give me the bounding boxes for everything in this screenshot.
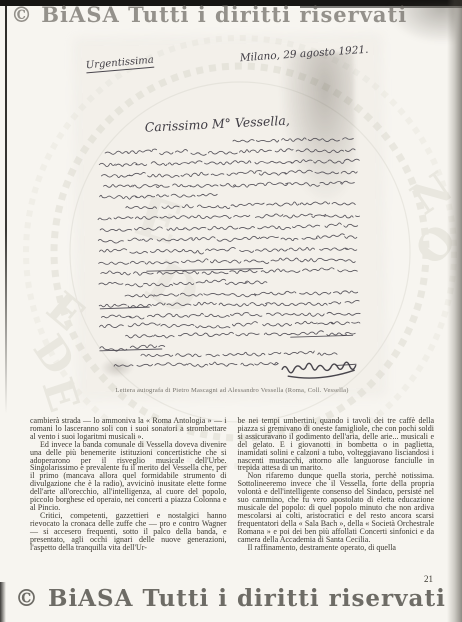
handwriting-underline	[336, 364, 356, 365]
handwriting-line	[98, 234, 357, 244]
article-paragraph: Il raffinamento, destramente operato, di…	[238, 544, 435, 552]
signature-scrawl	[282, 362, 356, 378]
article-paragraph: cambierà strada — lo ammoniva la « Roma …	[30, 417, 227, 441]
handwriting-underline	[100, 307, 149, 309]
handwriting-line	[99, 159, 359, 167]
letter-caption: Lettera autografa di Pietro Mascagni ad …	[98, 387, 366, 394]
scan-binding-shadow	[447, 0, 462, 622]
handwriting-line	[105, 146, 355, 156]
scan-gutter-line	[5, 6, 7, 414]
article-paragraph: be nei tempi umbertini, quando i tavoli …	[238, 417, 435, 472]
handwriting-line	[141, 351, 337, 358]
handwriting-line	[101, 311, 360, 320]
copyright-watermark-top: © BiASA Tutti i diritti riservati	[11, 2, 407, 27]
article-column-left: cambierà strada — lo ammoniva la « Roma …	[30, 417, 227, 551]
handwriting-line	[98, 213, 360, 222]
scanned-journal-page: E D E E D N O © BiASA Tutti i diritti ri…	[0, 0, 462, 622]
handwriting-underline	[291, 335, 353, 337]
handwriting-line	[101, 169, 357, 178]
handwritten-letter: Urgentissima Milano, 29 agosto 1921. Car…	[82, 42, 379, 392]
handwriting-line	[114, 361, 278, 368]
handwriting-line	[100, 223, 358, 233]
handwriting-underline	[147, 269, 263, 272]
handwriting-line	[104, 181, 355, 189]
article-paragraph: Ed invece la banda comunale di Vessella …	[30, 441, 227, 512]
article-paragraph: Non rifaremo dunque quella storia, perch…	[238, 472, 435, 543]
handwriting-line	[100, 193, 218, 199]
handwriting-line	[233, 137, 353, 143]
article-text-block: cambierà strada — lo ammoniva la « Roma …	[30, 417, 434, 551]
scan-left-blotch	[0, 582, 6, 622]
page-number: 21	[424, 574, 433, 584]
handwriting-body	[82, 42, 379, 392]
handwriting-line	[126, 201, 355, 210]
copyright-watermark-bottom: © BiASA Tutti i diritti riservati	[15, 585, 446, 612]
handwriting-line	[99, 245, 356, 255]
handwriting-line	[126, 330, 356, 338]
article-column-right: be nei tempi umbertini, quando i tavoli …	[238, 417, 435, 551]
handwriting-line	[99, 257, 356, 266]
handwriting-line	[101, 267, 358, 276]
handwriting-line	[125, 290, 358, 298]
article-paragraph: Critici, competenti, gazzettieri e nosta…	[30, 512, 227, 552]
handwriting-line	[99, 320, 359, 330]
handwriting-line	[99, 279, 267, 288]
